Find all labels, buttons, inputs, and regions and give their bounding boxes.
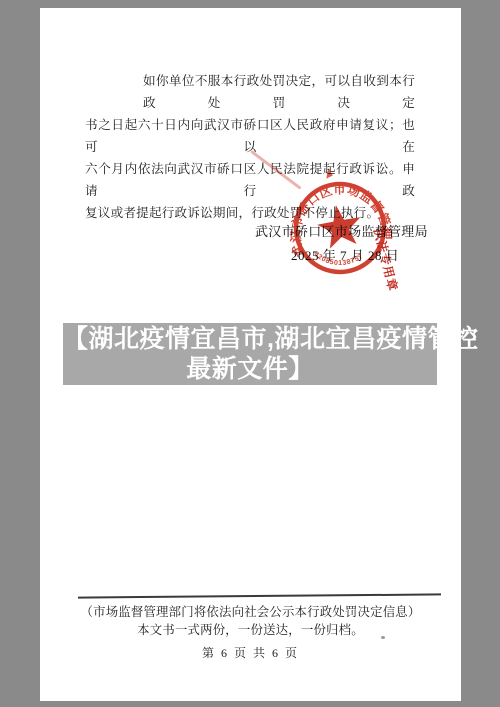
official-seal-stamp: 武汉市硚口区市场监督管理局 420850138757 执法专用章 bbox=[255, 143, 425, 313]
document-page: 如你单位不服本行政处罚决定，可以自收到本行政处罚决定 书之日起六十日内向武汉市硚… bbox=[40, 8, 461, 701]
footer-disclosure-note: （市场监督管理部门将依法向社会公示本行政处罚决定信息） bbox=[40, 602, 461, 620]
seal-tick-mark bbox=[324, 168, 333, 179]
page-number: 第 6 页 共 6 页 bbox=[40, 644, 461, 661]
notice-line: 如你单位不服本行政处罚决定，可以自收到本行政处罚决定 bbox=[85, 70, 415, 114]
footer-divider-line bbox=[78, 593, 441, 598]
headline-band: 【湖北疫情宜昌市,湖北宜昌疫情管控 最新文件】 bbox=[63, 323, 437, 385]
footer-copies-note: 本文书一式两份，一份送达，一份归档。 bbox=[40, 620, 461, 638]
scan-artifact-dot bbox=[381, 636, 385, 639]
seal-overlay-text: 执法专用章 bbox=[371, 226, 401, 293]
seal-star-icon bbox=[314, 202, 364, 251]
headline-line: 最新文件】 bbox=[63, 354, 437, 384]
headline-line: 【湖北疫情宜昌市,湖北宜昌疫情管控 bbox=[63, 324, 437, 354]
